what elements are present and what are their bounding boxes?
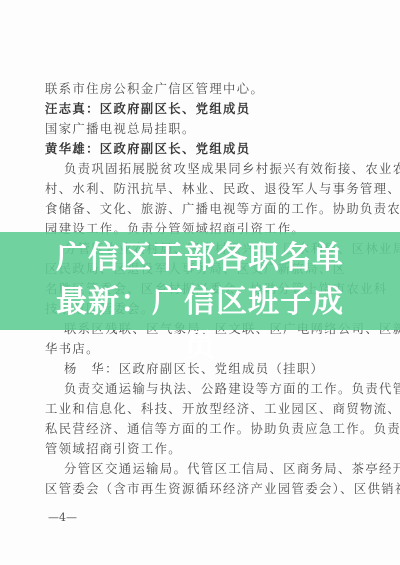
- text-line: 负责巩固拓展脱贫攻坚成果同乡村振兴有效衔接、农业农: [64, 162, 364, 176]
- text-line: 村、水利、防汛抗旱、林业、民政、退役军人与事务管理、粮: [45, 182, 345, 196]
- banner-title: 广信区干部各职名单最新：广信区班子成员: [0, 236, 400, 368]
- text-line: 联系市住房公积金广信区管理中心。: [45, 82, 345, 96]
- official-heading-wang: 汪志真：区政府副区长、党组成员: [45, 102, 345, 116]
- text-line: 国家广播电视总局挂职。: [45, 122, 345, 136]
- official-heading-huang: 黄华雄：区政府副区长、党组成员: [45, 142, 345, 156]
- page-number: —4—: [48, 511, 77, 524]
- text-line: 分管区交通运输局。代管区工信局、区商务局、茶亭经开: [64, 462, 364, 476]
- text-line: 私民营经济、通信等方面的工作。协助负责应急工作。负责分: [45, 422, 345, 436]
- text-line: 负责交通运输与执法、公路建设等方面的工作。负责代管: [64, 382, 364, 396]
- text-line: 管领域招商引资工作。: [45, 442, 345, 456]
- text-line: 工业和信息化、科技、开放型经济、工业园区、商贸物流、个: [45, 402, 345, 416]
- text-line: 食储备、文化、旅游、广播电视等方面的工作。协助负责农业: [45, 202, 345, 216]
- text-line: 区管委会（含市再生资源循环经济产业园管委会）、区供销社。: [45, 482, 345, 496]
